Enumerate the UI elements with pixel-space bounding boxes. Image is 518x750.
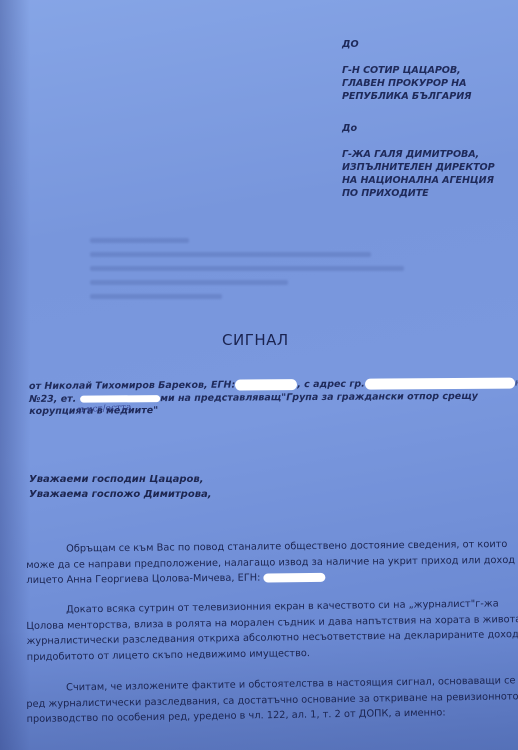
addressee-prefix: До — [342, 122, 495, 135]
redaction-floor — [80, 395, 160, 403]
sender-address-line: №23, ет. — [29, 393, 76, 404]
greeting-line: Уважаеми господин Цацаров, — [29, 472, 212, 487]
addressee-line: ИЗПЪЛНИТЕЛЕН ДИРЕКТОР — [342, 161, 495, 174]
addressee-block-nap: До Г-ЖА ГАЛЯ ДИМИТРОВА, ИЗПЪЛНИТЕЛЕН ДИР… — [342, 122, 495, 200]
paragraph-line: лицето Анна Георгиева Цолова-Мичева, ЕГН… — [26, 573, 260, 586]
addressee-line: Г-Н СОТИР ЦАЦАРОВ, — [342, 64, 471, 77]
paragraph-2: Докато всяка сутрин от телевизионния екр… — [26, 596, 507, 665]
document-page: ДО Г-Н СОТИР ЦАЦАРОВ, ГЛАВЕН ПРОКУРОР НА… — [0, 0, 518, 750]
sender-address-label: , с адрес гр. — [297, 379, 365, 390]
greeting: Уважаеми господин Цацаров, Уважаема госп… — [29, 472, 212, 502]
paragraph-1: Обръщам се към Вас по повод станалите об… — [26, 537, 506, 589]
sender-role: ми на представляващ"Група за граждански … — [160, 390, 478, 403]
redaction-egn-2 — [264, 572, 326, 582]
sender-name: от Николай Тихомиров Бареков, ЕГН: — [29, 380, 235, 392]
greeting-line: Уважаема госпожо Димитрова, — [29, 487, 212, 502]
addressee-prefix: ДО — [342, 38, 471, 51]
addressee-line: ГЛАВЕН ПРОКУРОР НА — [342, 77, 471, 90]
show-through-text — [90, 238, 420, 308]
addressee-line: НА НАЦИОНАЛНА АГЕНЦИЯ — [342, 174, 495, 187]
redaction-egn — [235, 379, 297, 390]
redaction-address — [365, 378, 515, 390]
paragraph-3: Считам, че изложените фактите и обстояте… — [26, 673, 507, 727]
document-title: СИГНАЛ — [222, 331, 289, 349]
addressee-line: Г-ЖА ГАЛЯ ДИМИТРОВА, — [342, 148, 495, 161]
addressee-line: РЕПУБЛИКА БЪЛГАРИЯ — [342, 90, 471, 103]
addressee-block-prosecutor: ДО Г-Н СОТИР ЦАЦАРОВ, ГЛАВЕН ПРОКУРОР НА… — [342, 38, 471, 103]
addressee-line: ПО ПРИХОДИТЕ — [342, 187, 495, 200]
